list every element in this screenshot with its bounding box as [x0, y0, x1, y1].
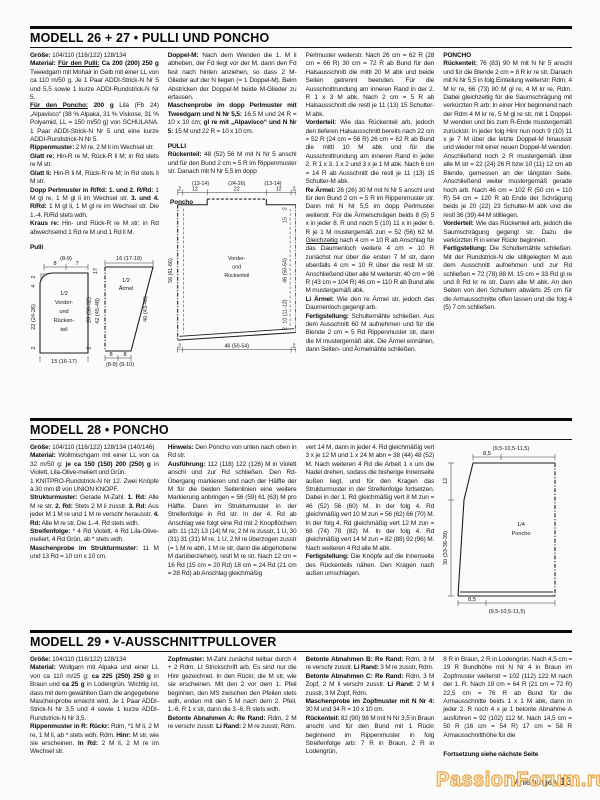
measure-label: 2 [31, 276, 37, 279]
watermark: PassionForum.ru [436, 769, 600, 792]
measure-label: 7 [75, 261, 78, 267]
divider [30, 47, 572, 48]
magazine-page: MODELL 26 + 27 • PULLI UND PONCHO Größe:… [0, 0, 600, 800]
schematic-caption: 1/2 [60, 291, 68, 297]
schematic-wrap: (13-14) (24-26) (13-14) 2 12 22 12 2 Pon… [168, 180, 297, 363]
paragraph: Rückenteil: 48 (52) 56 M mit N Nr 5 ansc… [168, 151, 297, 176]
hem-line [177, 332, 295, 340]
paragraph: Doppel-M: Nach dem Wenden die 1. M li ab… [168, 52, 297, 102]
measure-label: (9,5-10,5-11,5) [489, 609, 526, 614]
paragraph: Material: Wollmischgarn mit einer LL von… [30, 452, 159, 477]
measure-label: 8,5 [483, 451, 491, 457]
paragraph: Maschenprobe im dopp Perlmuster mit Twee… [168, 102, 297, 136]
paragraph: Fertigstellung: Schulternähte schließen.… [306, 313, 435, 355]
paragraph: Streifenfolge: * 4 Rd Violett, 4 Rd Lila… [30, 528, 159, 545]
measure-label: 8 [123, 352, 126, 358]
paragraph: PULLI [168, 143, 297, 151]
measure-label: 22 [234, 186, 240, 192]
column-text: Hinweis: Den Poncho von unten nach oben … [168, 444, 297, 620]
section-title: MODELL 26 + 27 • PULLI UND PONCHO [30, 31, 572, 45]
section-title: MODELL 29 • V-AUSSCHNITTPULLOVER [30, 635, 572, 649]
column-text: Zopfmuster: M-Zahl zunächst teilbar durc… [168, 656, 297, 777]
shoulder-right [266, 199, 296, 205]
schematic-quarter-poncho: (9,5-10,5-11,5) 8,5 12 30 (33-36-39) 1/4… [443, 444, 569, 614]
column-text: Perlmuster weiterstr. Nach 26 cm = 62 R … [306, 52, 435, 410]
paragraph: Vorderteil: Wie das Rückenteil arb, jedo… [443, 220, 572, 245]
divider [30, 418, 572, 421]
paragraph: Für den Poncho: 200 g Lila (Fb 24) „Alpa… [30, 102, 159, 144]
paragraph: Material: Für den Pulli: Ca 200 (200) 25… [30, 60, 159, 102]
paragraph: vert 14 M, dann in jeder 4. Rd gleichmäß… [306, 444, 435, 553]
divider [30, 439, 572, 440]
section-modell-26-27: MODELL 26 + 27 • PULLI UND PONCHO Größe:… [30, 26, 572, 410]
hem-line-inner [179, 328, 293, 336]
paragraph: Dopp Perlmuster in R/Rd: 1. und 2. R/Rd:… [30, 187, 159, 221]
side-edge [458, 463, 473, 596]
paragraph: Rückenteil: 76 (83) 90 M mit N Nr 5 ansc… [443, 60, 572, 220]
paragraph: Fertigstellung: Die Schulternähte schlie… [443, 245, 572, 312]
schematic-row: (8-9) 8 7 1/2 Vorder- und Rücken- teil 2 [30, 255, 159, 367]
paragraph: Fertigstellung: Die Knöpfe auf die Innen… [306, 553, 435, 578]
divider [30, 630, 572, 633]
schematic-poncho-front-back: (13-14) (24-26) (13-14) 2 12 22 12 2 Pon… [168, 180, 296, 363]
paragraph: Re Ärmel: 26 (26) 30 M mit N Nr 5 anschl… [306, 187, 435, 296]
paragraph: 8 R in Braun, 2 R in Lodengrün. Nach 4,5… [443, 656, 572, 740]
measure-label: 4 [31, 285, 37, 288]
divider [30, 651, 572, 652]
measure-label: 16 (17-19) [116, 256, 142, 262]
measure-label: 30 (33-36-39) [443, 531, 449, 565]
schematic-caption: 1/2 [122, 278, 130, 284]
measure-label: 56 (61-66) [168, 258, 174, 283]
paragraph: 1 KNITPRO-Rundstrick-N Nr 12. Zwei Knöpf… [30, 478, 159, 495]
measure-label: 2 [292, 343, 295, 349]
section-modell-28: MODELL 28 • PONCHO Größe: 104/110 (116/1… [30, 418, 572, 620]
paragraph: Ausführung: 112 (118) 122 (126) M in Vio… [168, 461, 297, 579]
paragraph: Rippenmuster in R: Rückr: Rdm, *1 M li, … [30, 723, 159, 757]
measure-label: 2 [178, 186, 181, 192]
measure-label: 42 (45-48) [95, 298, 101, 324]
schematic-caption: Vorder- [228, 256, 246, 262]
schematic-caption: und [232, 264, 241, 270]
paragraph: Maschenprobe im Strukturmuster: 11 M und… [30, 545, 159, 562]
measure-label: (9,5-10,5-11,5) [493, 446, 530, 452]
paragraph: Vorderteil: Wie das Rückenteil arb, jedo… [306, 119, 435, 186]
paragraph: Betonte Abnahmen A: Re Rand: Rdm, 2 M re… [168, 715, 297, 732]
paragraph: Li Ärmel: Wie den re Ärmel str, jedoch d… [306, 296, 435, 313]
column-text: Doppel-M: Nach dem Wenden die 1. M li ab… [168, 52, 297, 410]
schematic-caption: 1/4 [517, 522, 525, 528]
measure-label: 2 [292, 186, 295, 192]
measure-label: 22 (24-26) [31, 304, 37, 330]
paragraph: Fortsetzung siehe nächste Seite [443, 751, 572, 759]
measure-label: 12 [192, 186, 198, 192]
column-text: (9,5-10,5-11,5) 8,5 12 30 (33-36-39) 1/4… [443, 444, 572, 620]
column-text: Größe: 104/110 (116/122) 128/134Material… [30, 52, 159, 410]
measure-label: 2 [31, 347, 37, 350]
column-text: vert 14 M, dann in jeder 4. Rd gleichmäß… [306, 444, 435, 620]
paragraph: PONCHO [443, 52, 572, 60]
measure-label: (8-9) [60, 256, 72, 262]
paragraph: Hinweis: Den Poncho von unten nach oben … [168, 444, 297, 461]
measure-label: 8 [109, 352, 112, 358]
paragraph: Betonte Abnahmen C: Re Rand: Rdm, 3 M Zo… [306, 673, 435, 698]
column-text: Betonte Abnahmen B: Re Rand: Rdm, 3 M re… [306, 656, 435, 777]
paragraph: Größe: 104/110 (116/122) 128/134 (140/14… [30, 444, 159, 452]
paragraph: Material: Wollgarn mit Alpaka und einer … [30, 664, 159, 723]
column-text: Größe: 104/110 (116/122) 128/134 (140/14… [30, 444, 159, 620]
measure-label: 12 [443, 478, 449, 484]
paragraph: Größe: 104/110 (116/122) 128/134 [30, 52, 159, 60]
column-text: 8 R in Braun, 2 R in Lodengrün. Nach 4,5… [443, 656, 572, 777]
paragraph: Maschenprobe im Zopfmuster mit N Nr 4: 3… [306, 698, 435, 715]
paragraph: Rippenmuster: 2 M re, 2 M li im Wechsel … [30, 144, 159, 152]
paragraph: Pulli [30, 244, 159, 252]
schematic-caption: Ärmel [119, 285, 134, 292]
schematic-caption: Rückenteil [224, 273, 249, 279]
paragraph: Rückenteil: 82 (90) 98 M mit N Nr 3,5 in… [306, 715, 435, 757]
measure-label: 17 [93, 268, 99, 274]
measure-label: 15 (16-17) [51, 359, 77, 365]
measure-label: 46 (50-54) [282, 258, 288, 283]
schematic-body: (8-9) 8 7 1/2 Vorder- und Rücken- teil 2 [30, 255, 92, 367]
paragraph: Zopfmuster: M-Zahl zunächst teilbar durc… [168, 656, 297, 715]
section-title: MODELL 28 • PONCHO [30, 423, 572, 437]
measure-label: 12 [275, 186, 281, 192]
schematic-caption: Poncho [512, 531, 531, 537]
schematic-caption: Rücken- [54, 318, 75, 324]
divider [30, 26, 572, 29]
schematic-caption: und [59, 309, 68, 315]
paragraph: Glatt re: Hin-R re M, Rück-R li M; in Rd… [30, 153, 159, 170]
schematic-sleeve: 17 16 (17-19) 1/2 Ärmel 42 (45-48) 40 (4… [92, 255, 158, 367]
measure-label: 46 (50-54) [224, 343, 249, 349]
measure-label: 2 [178, 343, 181, 349]
measure-label: 15 [282, 217, 288, 223]
column-text: Größe: 104/110 (116/122) 128/134Material… [30, 656, 159, 777]
measure-label: (8-9) (9-10) [106, 362, 134, 367]
paragraph: Strukturmuster: Gerade M-Zahl. 1. Rd: Al… [30, 494, 159, 528]
schematic-caption: teil [60, 327, 67, 333]
measure-label: 2 [282, 207, 288, 210]
measure-label: 10 (11-12) [282, 299, 288, 323]
measure-label: 2 [282, 327, 288, 330]
measure-label: 8,5 [468, 597, 476, 603]
measure-label: 8 [53, 261, 56, 267]
paragraph: Glatt li: Hin-R li M, Rück-R re M; in Rd… [30, 170, 159, 187]
paragraph: Betonte Abnahmen B: Re Rand: Rdm, 3 M re… [306, 656, 435, 673]
paragraph: Perlmuster weiterstr. Nach 26 cm = 62 R … [306, 52, 435, 119]
schematic-caption: Vorder- [55, 300, 73, 306]
measure-label: 40 (43-46) [143, 296, 149, 322]
paragraph: Kraus re: Hin- und Rück-R re M str; in R… [30, 220, 159, 237]
section-modell-29: MODELL 29 • V-AUSSCHNITTPULLOVER Größe: … [30, 630, 572, 777]
paragraph: Größe: 104/110 (116/122) 128/134 [30, 656, 159, 664]
column-text: PONCHORückenteil: 76 (83) 90 M mit N Nr … [443, 52, 572, 410]
